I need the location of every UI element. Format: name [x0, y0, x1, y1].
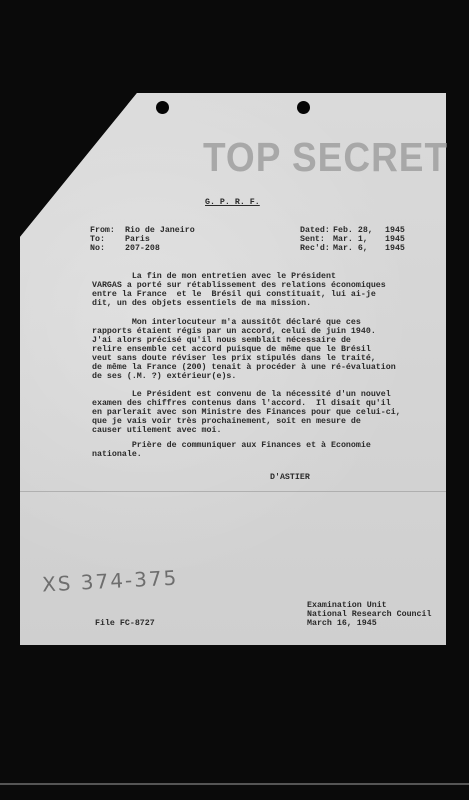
- footer-line-3: March 16, 1945: [307, 619, 377, 630]
- no-label: No:: [90, 244, 105, 255]
- para-line: dit, un des objets essentiels de ma miss…: [92, 299, 311, 310]
- header-code: G. P. R. F.: [205, 198, 260, 209]
- recd-label: Rec'd:: [300, 244, 330, 255]
- para-line: causer utilement avec moi.: [92, 426, 221, 437]
- no-value: 207-208: [125, 244, 160, 255]
- para-line: de ses (.M. ?) extérieur(e)s.: [92, 372, 236, 383]
- fold-line: [20, 491, 446, 492]
- signature: D'ASTIER: [270, 473, 310, 484]
- punch-hole-right: [297, 101, 310, 114]
- punch-hole-left: [156, 101, 169, 114]
- para-line: nationale.: [92, 450, 142, 461]
- top-secret-stamp: TOP SECRET: [203, 135, 448, 181]
- recd-year: 1945: [385, 244, 405, 255]
- scan-edge-line: [0, 783, 469, 785]
- file-reference: File FC-8727: [95, 619, 155, 630]
- recd-value: Mar. 6,: [333, 244, 368, 255]
